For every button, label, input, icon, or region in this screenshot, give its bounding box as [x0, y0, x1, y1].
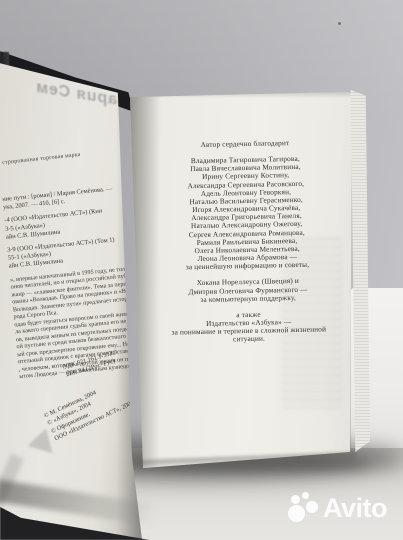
wall-speck	[338, 22, 341, 25]
acknowledgments-heading: Автор сердечно благодарит	[144, 138, 346, 150]
trademark-line: стрированная торговая марка	[2, 152, 81, 166]
watermark: Avito	[288, 492, 387, 524]
avito-logo-icon	[288, 492, 318, 524]
right-page: Автор сердечно благодарит Владимира Таги…	[126, 88, 356, 470]
acknowledgments-text: Автор сердечно благодарит Владимира Таги…	[144, 138, 350, 346]
left-page: Мария Сем стрированная торговая марка ни…	[0, 56, 142, 540]
watermark-brand-text: Avito	[323, 493, 387, 524]
listing-photo: Мария Сем стрированная торговая марка ни…	[0, 0, 403, 540]
